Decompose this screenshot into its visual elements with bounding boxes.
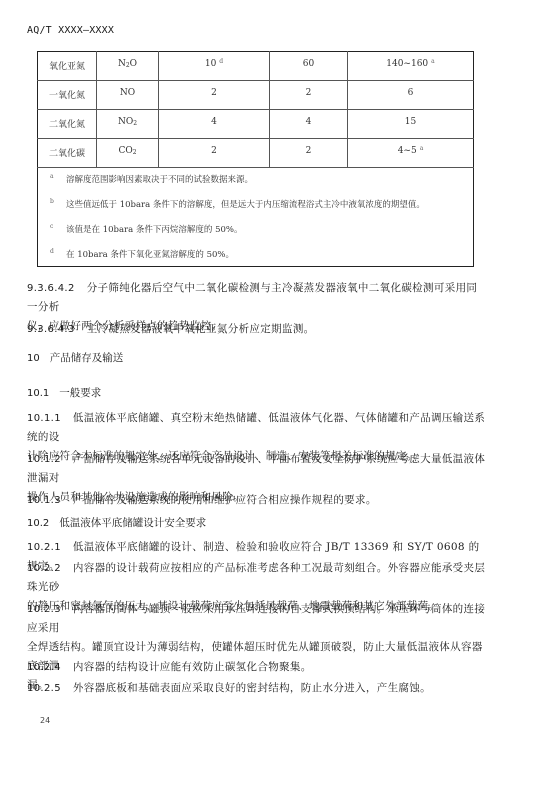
section-heading-10-2: 10.2低温液体平底储罐设计安全要求	[27, 515, 206, 530]
footnote-a: a溶解度范围影响因素取决于不同的试验数据来源。	[50, 173, 253, 185]
value-cell: 10d	[159, 52, 270, 81]
footnote-ref: a	[431, 58, 435, 65]
table-row: 二氧化碳 CO2 2 2 4~5a	[38, 139, 474, 168]
formula-cell: NO	[97, 81, 159, 110]
table-row: 一氧化氮 NO 2 2 6	[38, 81, 474, 110]
gas-name-cell: 二氧化氮	[38, 110, 97, 139]
value-cell: 2	[270, 81, 348, 110]
value-cell: 2	[159, 81, 270, 110]
value-cell: 2	[270, 139, 348, 168]
formula-cell: N2O	[97, 52, 159, 81]
formula-cell: NO2	[97, 110, 159, 139]
gas-name-cell: 二氧化碳	[38, 139, 97, 168]
value-cell: 140~160a	[348, 52, 474, 81]
formula-cell: CO2	[97, 139, 159, 168]
table-row: 氧化亚氮 N2O 10d 60 140~160a	[38, 52, 474, 81]
value-cell: 6	[348, 81, 474, 110]
footnote-ref: a	[420, 145, 424, 152]
clause-10-2-4: 10.2.4内容器的结构设计应能有效防止碳氢化合物聚集。	[27, 658, 487, 677]
clause-9-3-6-4-3: 9.3.6.4.3主冷凝蒸发器液氧中氧化亚氮分析应定期监测。	[27, 320, 487, 339]
section-heading-10-1: 10.1一般要求	[27, 385, 101, 400]
gas-name-cell: 一氧化氮	[38, 81, 97, 110]
table-row: 二氧化氮 NO2 4 4 15	[38, 110, 474, 139]
section-heading-10: 10产品储存及输送	[27, 350, 123, 365]
document-code-header: AQ/T XXXX—XXXX	[27, 25, 114, 36]
gas-name-cell: 氧化亚氮	[38, 52, 97, 81]
gas-solubility-table: 氧化亚氮 N2O 10d 60 140~160a 一氧化氮 NO 2 2 6 二…	[37, 51, 474, 267]
value-cell: 15	[348, 110, 474, 139]
value-cell: 4~5a	[348, 139, 474, 168]
value-cell: 2	[159, 139, 270, 168]
value-cell: 4	[270, 110, 348, 139]
footnote-c: c该值是在 10bara 条件下丙烷溶解度的 50%。	[50, 223, 242, 235]
footnote-ref: d	[219, 58, 223, 65]
footnote-b: b这些值远低于 10bara 条件下的溶解度，但是远大于内压缩流程浴式主冷中液氧…	[50, 198, 425, 210]
clause-10-1-3: 10.1.3产品储存及输送系统的使用和维护应符合相应操作规程的要求。	[27, 491, 487, 510]
value-cell: 60	[270, 52, 348, 81]
clause-10-2-5: 10.2.5外容器底板和基础表面应采取良好的密封结构，防止水分进入，产生腐蚀。	[27, 679, 487, 698]
page-number: 24	[40, 716, 50, 725]
footnotes-row: a溶解度范围影响因素取决于不同的试验数据来源。 b这些值远低于 10bara 条…	[38, 168, 474, 267]
value-cell: 4	[159, 110, 270, 139]
table-footnotes: a溶解度范围影响因素取决于不同的试验数据来源。 b这些值远低于 10bara 条…	[38, 168, 474, 267]
footnote-d: d在 10bara 条件下氧化亚氮溶解度的 50%。	[50, 248, 234, 260]
